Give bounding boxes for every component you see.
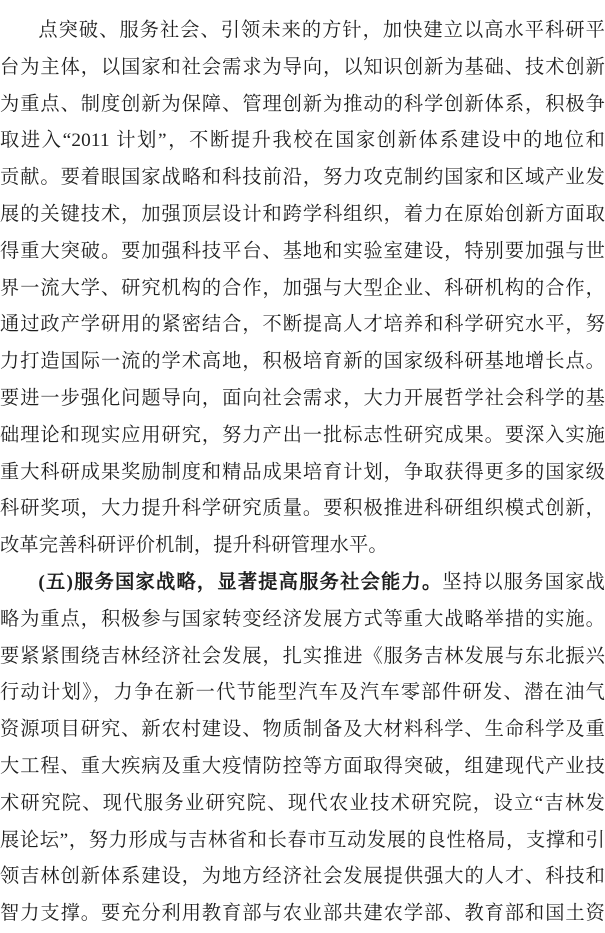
text-segment: 础理论和现实应用研究，努力产出一批标志性研究成果。要深入实施 xyxy=(0,425,605,446)
text-line: 点突破、服务社会、引领未来的方针，加快建立以高水平科研平 xyxy=(0,13,605,50)
text-segment: 贡献。要着眼国家战略和科技前沿，努力攻克制约国家和区域产业发 xyxy=(0,167,605,188)
text-segment: 为重点、制度创新为保障、管理创新为推动的科学创新体系，积极争 xyxy=(0,94,605,115)
text-line: 大工程、重大疾病及重大疫情防控等方面取得突破，组建现代产业技 xyxy=(0,749,605,786)
text-line: 展的关键技术，加强顶层设计和跨学科组织，着力在原始创新方面取 xyxy=(0,197,605,234)
text-segment: 通过政产学研用的紧密结合，不断提高人才培养和科学研究水平，努 xyxy=(0,314,605,335)
text-segment: 要进一步强化问题导向，面向社会需求，大力开展哲学社会科学的基 xyxy=(0,388,605,409)
text-line: 资源项目研究、新农村建设、物质制备及大材料科学、生命科学及重 xyxy=(0,712,605,749)
text-segment: 台为主体，以国家和社会需求为导向，以知识创新为基础、技术创新 xyxy=(0,57,605,78)
text-segment: 展的关键技术，加强顶层设计和跨学科组织，着力在原始创新方面取 xyxy=(0,204,605,225)
text-line: 为重点、制度创新为保障、管理创新为推动的科学创新体系，积极争 xyxy=(0,87,605,124)
text-segment: 资源项目研究、新农村建设、物质制备及大材料科学、生命科学及重 xyxy=(0,719,605,740)
text-segment: 大工程、重大疾病及重大疫情防控等方面取得突破，组建现代产业技 xyxy=(0,756,605,777)
text-line: 取进入“2011 计划”，不断提升我校在国家创新体系建设中的地位和 xyxy=(0,123,605,160)
text-body: 点突破、服务社会、引领未来的方针，加快建立以高水平科研平台为主体，以国家和社会需… xyxy=(0,13,605,933)
text-segment: 力打造国际一流的学术高地，积极培育新的国家级科研基地增长点。 xyxy=(0,351,605,372)
text-line: 贡献。要着眼国家战略和科技前沿，努力攻克制约国家和区域产业发 xyxy=(0,160,605,197)
text-line: 改革完善科研评价机制，提升科研管理水平。 xyxy=(0,528,605,565)
text-segment: 要紧紧围绕吉林经济社会发展，扎实推进《服务吉林发展与东北振兴 xyxy=(0,646,605,667)
text-line: 础理论和现实应用研究，努力产出一批标志性研究成果。要深入实施 xyxy=(0,418,605,455)
section-heading: (五)服务国家战略，显著提高服务社会能力。 xyxy=(38,572,442,593)
text-segment: 点突破、服务社会、引领未来的方针，加快建立以高水平科研平 xyxy=(38,20,605,41)
text-line: 要进一步强化问题导向，面向社会需求，大力开展哲学社会科学的基 xyxy=(0,381,605,418)
document-page: 点突破、服务社会、引领未来的方针，加快建立以高水平科研平台为主体，以国家和社会需… xyxy=(0,0,605,933)
text-segment: 科研奖项，大力提升科学研究质量。要积极推进科研组织模式创新， xyxy=(0,498,605,519)
text-segment: 界一流大学、研究机构的合作，加强与大型企业、科研机构的合作， xyxy=(0,278,605,299)
text-line: 科研奖项，大力提升科学研究质量。要积极推进科研组织模式创新， xyxy=(0,491,605,528)
text-line: 得重大突破。要加强科技平台、基地和实验室建设，特别要加强与世 xyxy=(0,234,605,271)
text-segment: 坚持以服务国家战 xyxy=(442,572,605,593)
text-line: 略为重点，积极参与国家转变经济发展方式等重大战略举措的实施。 xyxy=(0,602,605,639)
text-segment: 改革完善科研评价机制，提升科研管理水平。 xyxy=(0,535,388,556)
text-line: 智力支撑。要充分利用教育部与农业部共建农学部、教育部和国土资 xyxy=(0,896,605,933)
text-segment: 智力支撑。要充分利用教育部与农业部共建农学部、教育部和国土资 xyxy=(0,903,605,924)
text-segment: 重大科研成果奖励制度和精品成果培育计划，争取获得更多的国家级 xyxy=(0,462,605,483)
text-line: 展论坛”，努力形成与吉林省和长春市互动发展的良性格局，支撑和引 xyxy=(0,823,605,860)
text-line: 通过政产学研用的紧密结合，不断提高人才培养和科学研究水平，努 xyxy=(0,307,605,344)
text-line: 行动计划》，力争在新一代节能型汽车及汽车零部件研发、潜在油气 xyxy=(0,675,605,712)
text-line: 领吉林创新体系建设，为地方经济社会发展提供强大的人才、科技和 xyxy=(0,859,605,896)
text-line: (五)服务国家战略，显著提高服务社会能力。坚持以服务国家战 xyxy=(0,565,605,602)
text-line: 台为主体，以国家和社会需求为导向，以知识创新为基础、技术创新 xyxy=(0,50,605,87)
text-segment: 行动计划》，力争在新一代节能型汽车及汽车零部件研发、潜在油气 xyxy=(0,682,605,703)
text-line: 力打造国际一流的学术高地，积极培育新的国家级科研基地增长点。 xyxy=(0,344,605,381)
text-line: 要紧紧围绕吉林经济社会发展，扎实推进《服务吉林发展与东北振兴 xyxy=(0,639,605,676)
text-segment: 取进入“2011 计划”，不断提升我校在国家创新体系建设中的地位和 xyxy=(0,130,605,151)
text-segment: 领吉林创新体系建设，为地方经济社会发展提供强大的人才、科技和 xyxy=(0,866,605,887)
text-line: 重大科研成果奖励制度和精品成果培育计划，争取获得更多的国家级 xyxy=(0,455,605,492)
text-line: 术研究院、现代服务业研究院、现代农业技术研究院，设立“吉林发 xyxy=(0,786,605,823)
text-segment: 术研究院、现代服务业研究院、现代农业技术研究院，设立“吉林发 xyxy=(0,793,605,814)
text-segment: 展论坛”，努力形成与吉林省和长春市互动发展的良性格局，支撑和引 xyxy=(0,830,605,851)
text-line: 界一流大学、研究机构的合作，加强与大型企业、科研机构的合作， xyxy=(0,271,605,308)
text-segment: 略为重点，积极参与国家转变经济发展方式等重大战略举措的实施。 xyxy=(0,609,605,630)
text-segment: 得重大突破。要加强科技平台、基地和实验室建设，特别要加强与世 xyxy=(0,241,605,262)
